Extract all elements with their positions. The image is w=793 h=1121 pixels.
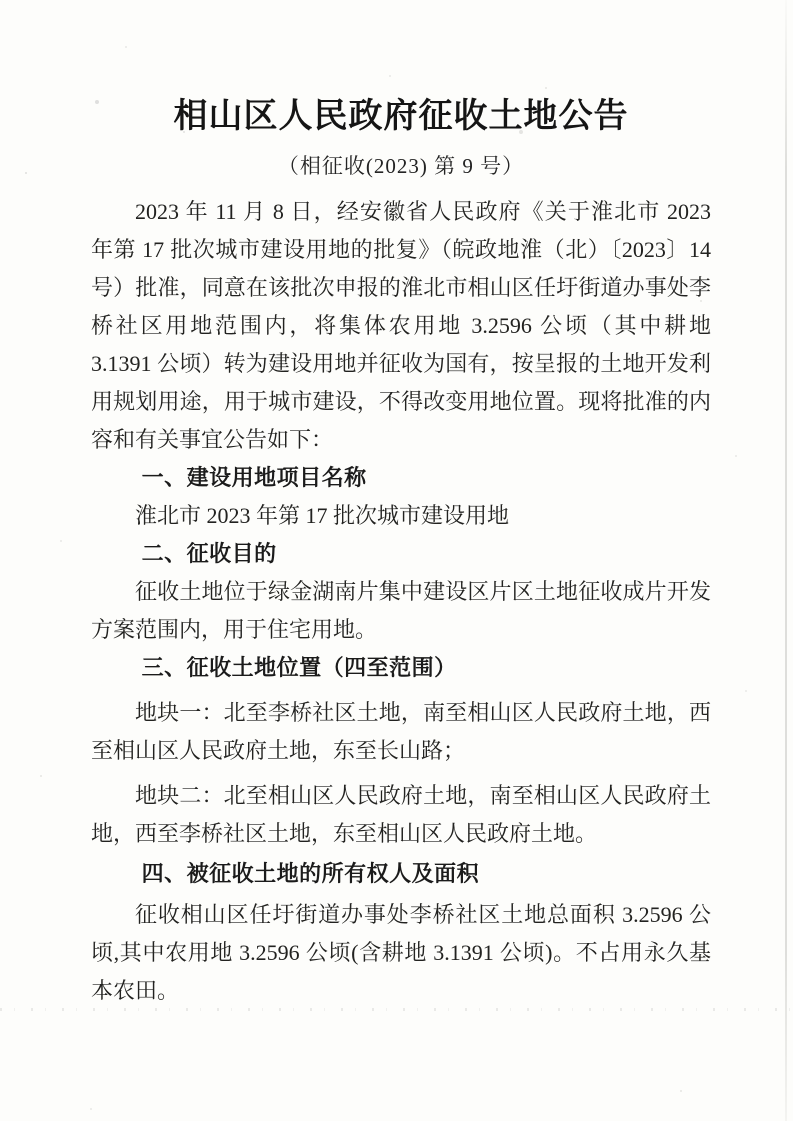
- document-number: （相征收(2023) 第 9 号）: [91, 151, 711, 181]
- document-body: 2023 年 11 月 8 日，经安徽省人民政府《关于淮北市 2023 年第 1…: [91, 193, 711, 1010]
- section-1-paragraph: 淮北市 2023 年第 17 批次城市建设用地: [91, 497, 711, 535]
- section-3-paragraph-plot-1: 地块一：北至李桥社区土地，南至相山区人民政府土地，西至相山区人民政府土地，东至长…: [91, 694, 711, 770]
- intro-paragraph: 2023 年 11 月 8 日，经安徽省人民政府《关于淮北市 2023 年第 1…: [91, 193, 711, 459]
- section-3-heading: 三、征收土地位置（四至范围）: [91, 649, 711, 687]
- section-2-heading: 二、征收目的: [91, 535, 711, 573]
- section-3-paragraph-plot-2: 地块二：北至相山区人民政府土地，南至相山区人民政府土地，西至李桥社区土地，东至相…: [91, 777, 711, 853]
- section-2-paragraph: 征收土地位于绿金湖南片集中建设区片区土地征收成片开发方案范围内，用于住宅用地。: [91, 573, 711, 649]
- section-1-heading: 一、建设用地项目名称: [91, 459, 711, 497]
- scan-noise-specks: [0, 0, 2, 2]
- section-4-heading: 四、被征收土地的所有权人及面积: [91, 855, 711, 893]
- document-content: 相山区人民政府征收土地公告 （相征收(2023) 第 9 号） 2023 年 1…: [91, 96, 711, 1010]
- section-4-paragraph: 征收相山区任圩街道办事处李桥社区土地总面积 3.2596 公顷,其中农用地 3.…: [91, 896, 711, 1010]
- document-title: 相山区人民政府征收土地公告: [91, 96, 711, 138]
- scanned-document-page: 相山区人民政府征收土地公告 （相征收(2023) 第 9 号） 2023 年 1…: [0, 0, 793, 1121]
- scan-edge-line: [785, 0, 787, 1121]
